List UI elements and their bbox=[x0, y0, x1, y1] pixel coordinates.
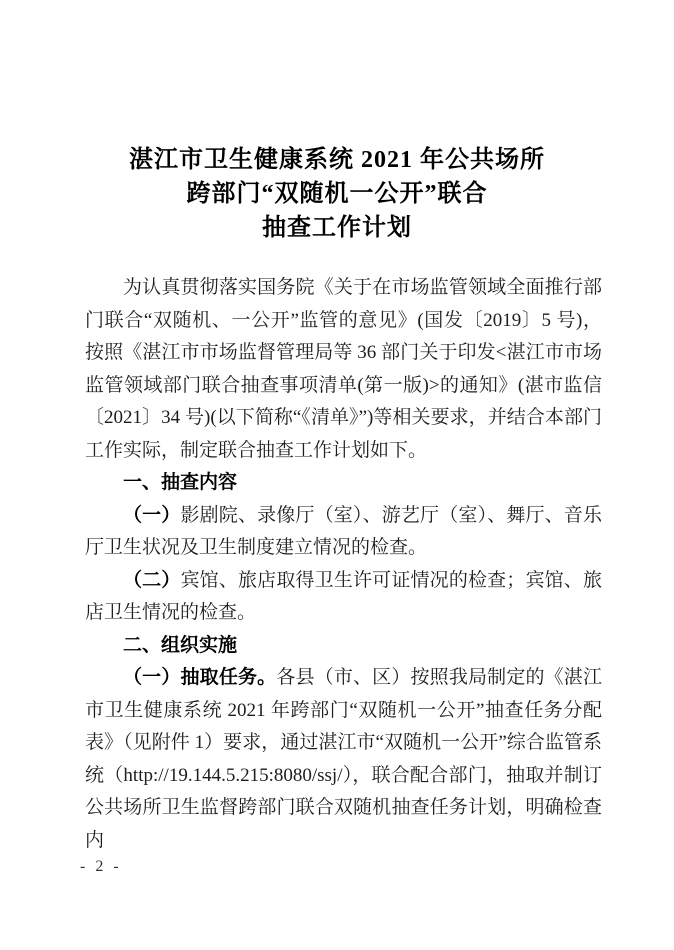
inspection-item-1: （一）影剧院、录像厅（室）、游艺厅（室）、舞厅、音乐厅卫生状况及卫生制度建立情况… bbox=[85, 500, 602, 565]
intro-paragraph: 为认真贯彻落实国务院《关于在市场监管领域全面推行部门联合“双随机、一公开”监管的… bbox=[85, 272, 602, 467]
inspection-item-2: （二）宾馆、旅店取得卫生许可证情况的检查；宾馆、旅店卫生情况的检查。 bbox=[85, 565, 602, 630]
inspection-item-1-label: （一） bbox=[123, 505, 180, 526]
title-line-3: 抽查工作计划 bbox=[0, 211, 674, 245]
title-line-1: 湛江市卫生健康系统 2021 年公共场所 bbox=[0, 143, 674, 177]
section-heading-organization: 二、组织实施 bbox=[85, 630, 602, 663]
organization-item-1: （一）抽取任务。各县（市、区）按照我局制定的《湛江市卫生健康系统 2021 年跨… bbox=[85, 662, 602, 857]
organization-item-1-label: （一）抽取任务。 bbox=[123, 667, 276, 688]
document-body: 为认真贯彻落实国务院《关于在市场监管领域全面推行部门联合“双随机、一公开”监管的… bbox=[85, 272, 602, 857]
document-title: 湛江市卫生健康系统 2021 年公共场所 跨部门“双随机一公开”联合 抽查工作计… bbox=[0, 0, 674, 245]
section-heading-inspection-content: 一、抽查内容 bbox=[85, 467, 602, 500]
inspection-item-2-label: （二） bbox=[123, 570, 181, 591]
page-number: - 2 - bbox=[80, 858, 122, 876]
document-page: 湛江市卫生健康系统 2021 年公共场所 跨部门“双随机一公开”联合 抽查工作计… bbox=[0, 0, 674, 950]
title-line-2: 跨部门“双随机一公开”联合 bbox=[0, 177, 674, 211]
organization-item-1-text: 各县（市、区）按照我局制定的《湛江市卫生健康系统 2021 年跨部门“双随机一公… bbox=[85, 667, 602, 851]
